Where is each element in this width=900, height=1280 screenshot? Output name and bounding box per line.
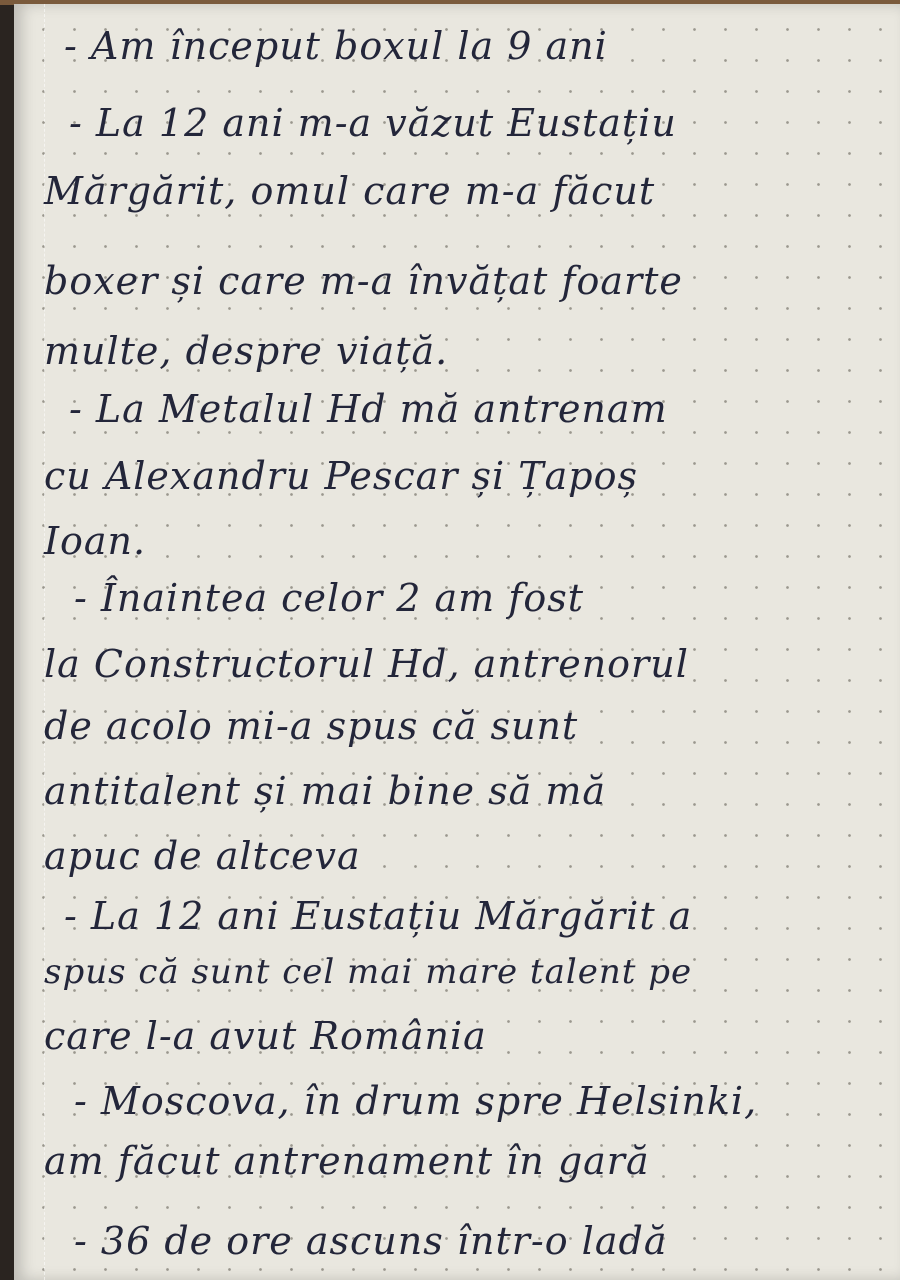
- handwritten-line: antitalent și mai bine să mă: [44, 769, 606, 813]
- handwritten-line: - Înaintea celor 2 am fost: [74, 576, 584, 620]
- handwritten-line: am făcut antrenament în gară: [44, 1139, 650, 1183]
- handwritten-line: care l-a avut România: [44, 1014, 487, 1058]
- handwritten-line: - La 12 ani m-a văzut Eustațiu: [69, 101, 677, 145]
- handwritten-line: - Am început boxul la 9 ani: [64, 24, 608, 68]
- notebook-page: - Am început boxul la 9 ani - La 12 ani …: [14, 4, 900, 1280]
- handwritten-line: - 36 de ore ascuns într-o ladă: [74, 1219, 667, 1263]
- handwritten-line: cu Alexandru Pescar și Țapoș: [44, 454, 638, 498]
- handwritten-line: spus că sunt cel mai mare talent pe: [44, 952, 692, 992]
- handwritten-line: boxer și care m-a învățat foarte: [44, 259, 683, 303]
- handwritten-line: de acolo mi-a spus că sunt: [44, 704, 578, 748]
- handwritten-line: - La Metalul Hd mă antrenam: [69, 387, 668, 431]
- handwritten-line: - Moscova, în drum spre Helsinki,: [74, 1079, 757, 1123]
- handwritten-line: multe, despre viață.: [44, 329, 448, 373]
- handwritten-line: - La 12 ani Eustațiu Mărgărit a: [64, 894, 692, 938]
- handwritten-line: la Constructorul Hd, antrenorul: [44, 642, 689, 686]
- handwritten-line: Mărgărit, omul care m-a făcut: [44, 169, 655, 213]
- handwritten-line: Ioan.: [44, 519, 146, 563]
- handwritten-line: apuc de altceva: [44, 834, 361, 878]
